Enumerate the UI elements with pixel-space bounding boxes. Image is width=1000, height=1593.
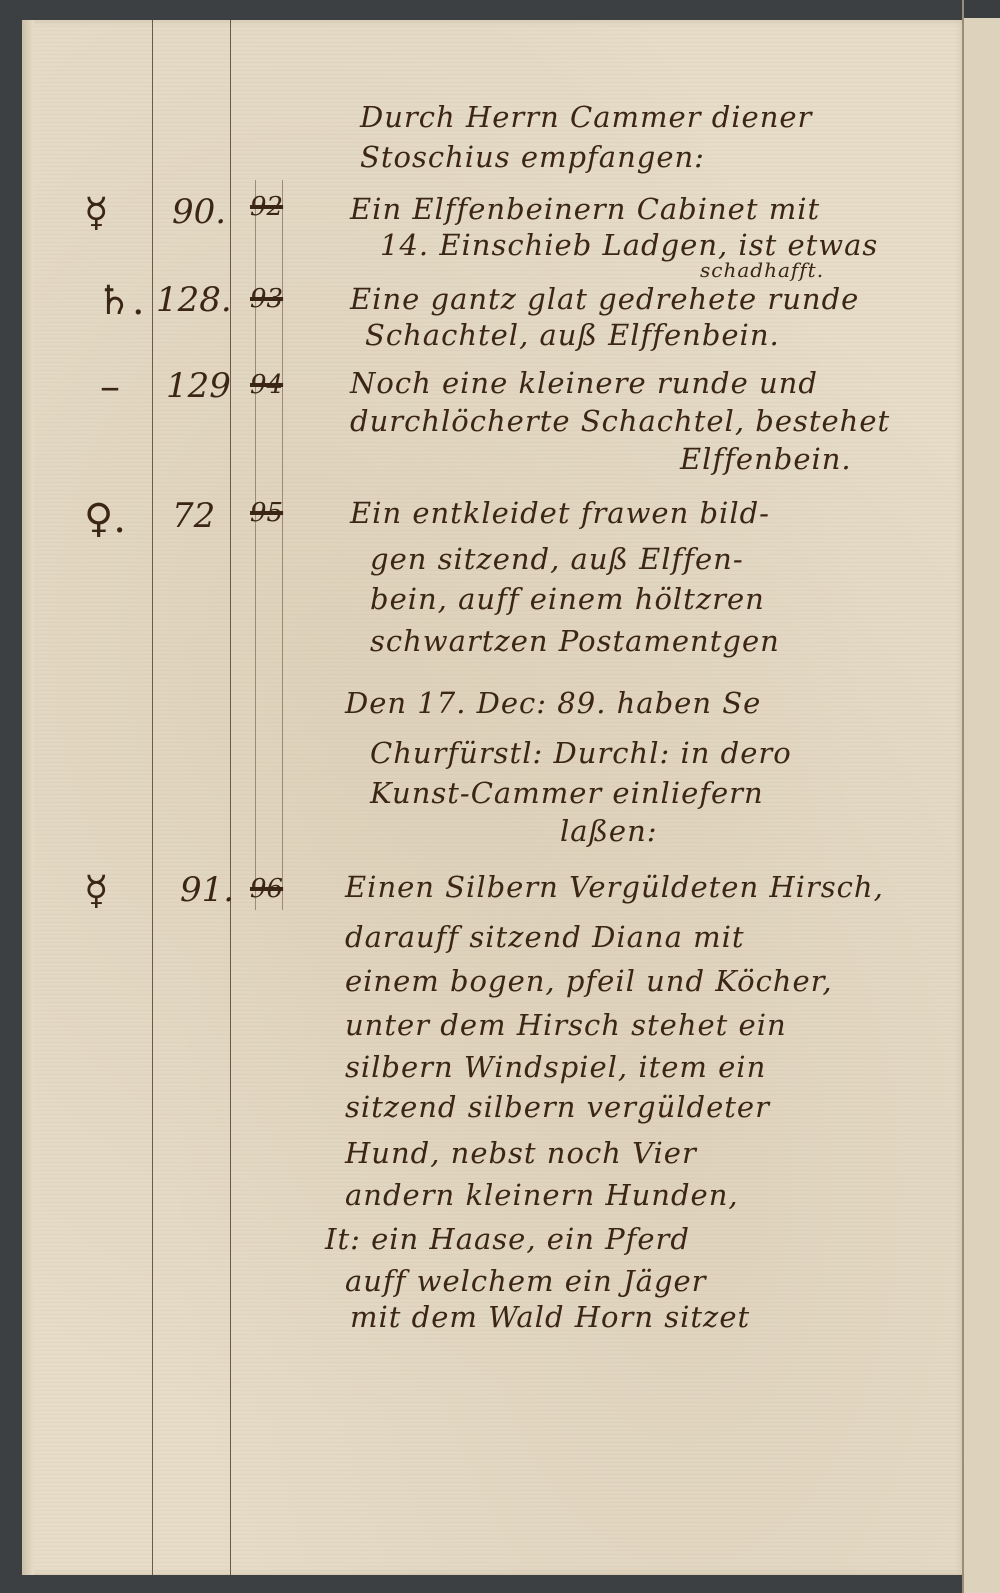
- text-line: auff welchem ein Jäger: [345, 1264, 707, 1298]
- text-line: Noch eine kleinere runde und: [350, 366, 818, 400]
- struck-number: 92: [250, 192, 283, 222]
- text-line: It: ein Haase, ein Pferd: [325, 1222, 690, 1256]
- text-line: Einen Silbern Vergüldeten Hirsch,: [345, 870, 884, 904]
- text-line: schadhafft.: [700, 258, 824, 282]
- text-line: bein, auff einem höltzren: [370, 582, 765, 616]
- page-edge: [22, 20, 34, 1575]
- struck-number: 95: [250, 498, 283, 528]
- entry-number: 128.: [156, 280, 232, 320]
- text-line: Ein entkleidet frawen bild-: [350, 496, 770, 530]
- margin-rule-1: [152, 20, 153, 1575]
- text-line: Ein Elffenbeinern Cabinet mit: [350, 192, 820, 226]
- text-line: unter dem Hirsch stehet ein: [345, 1008, 787, 1042]
- margin-rule-2: [230, 20, 231, 1575]
- mercury-symbol-icon: ☿: [84, 190, 109, 236]
- text-line: Elffenbein.: [680, 442, 852, 476]
- text-line: silbern Windspiel, item ein: [345, 1050, 766, 1084]
- entry-number: 129: [166, 366, 231, 406]
- text-line: Hund, nebst noch Vier: [345, 1136, 697, 1170]
- text-line: einem bogen, pfeil und Köcher,: [345, 964, 833, 998]
- text-line: Eine gantz glat gedrehete runde: [350, 282, 859, 316]
- text-line: Churfürstl: Durchl: in dero: [370, 736, 792, 770]
- text-line: darauff sitzend Diana mit: [345, 920, 745, 954]
- saturn-symbol-icon: ♄.: [96, 278, 145, 324]
- text-line: sitzend silbern vergüldeter: [345, 1090, 770, 1124]
- text-line: andern kleinern Hunden,: [345, 1178, 739, 1212]
- text-line: Kunst-Cammer einliefern: [370, 776, 764, 810]
- text-line: Den 17. Dec: 89. haben Se: [345, 686, 761, 720]
- venus-symbol-icon: ♀.: [84, 496, 126, 542]
- book-spine: [962, 0, 1000, 1593]
- text-line: mit dem Wald Horn sitzet: [350, 1300, 750, 1334]
- mercury-symbol-icon: ☿: [84, 868, 109, 914]
- text-line: gen sitzend, auß Elffen-: [370, 542, 744, 576]
- entry-number: 72: [172, 496, 215, 536]
- text-line: laßen:: [560, 814, 658, 848]
- struck-number: 96: [250, 874, 283, 904]
- struck-number: 94: [250, 370, 283, 400]
- text-line: Stoschius empfangen:: [360, 140, 705, 174]
- text-line: 14. Einschieb Ladgen, ist etwas: [380, 228, 878, 262]
- struck-number: 93: [250, 284, 283, 314]
- entry-number: 91.: [180, 870, 234, 910]
- text-line: schwartzen Postamentgen: [370, 624, 780, 658]
- text-line: Durch Herrn Cammer diener: [360, 100, 812, 134]
- text-line: durchlöcherte Schachtel, bestehet: [350, 404, 890, 438]
- entry-number: 90.: [172, 192, 226, 232]
- ditto-dash-icon: –: [100, 364, 120, 410]
- text-line: Schachtel, auß Elffenbein.: [365, 318, 780, 352]
